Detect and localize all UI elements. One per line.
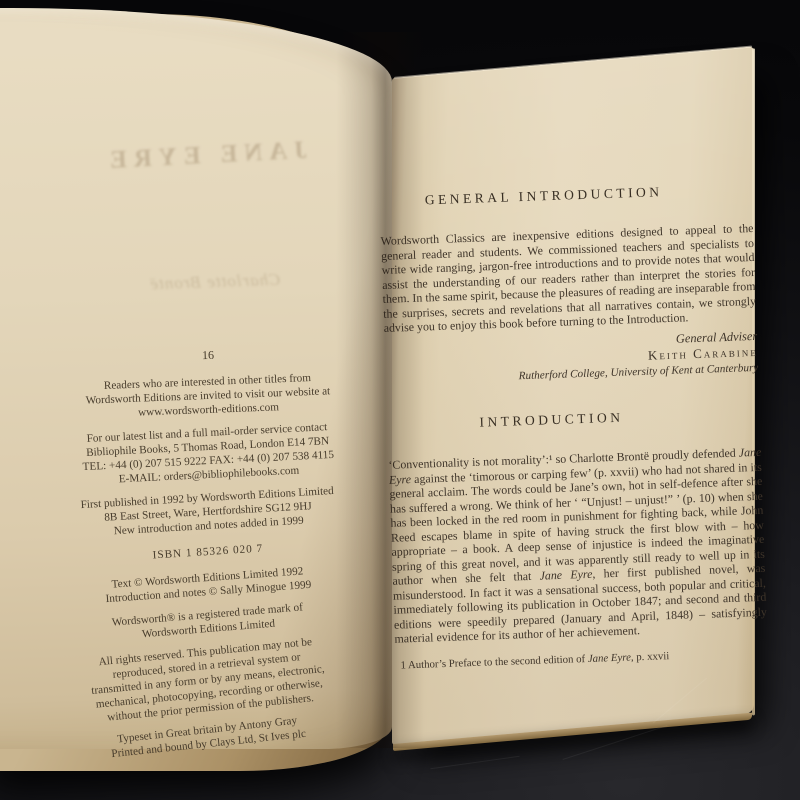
general-introduction-paragraph: Wordsworth Classics are inexpensive edit… xyxy=(380,221,756,336)
introduction-heading: INTRODUCTION xyxy=(365,406,738,435)
mail-order-contact: For our latest list and a full mail-orde… xyxy=(27,418,389,491)
introduction-paragraph: ‘Conventionality is not morality’:¹ so C… xyxy=(388,445,767,647)
first-published-note: First published in 1992 by Wordsworth Ed… xyxy=(27,482,389,544)
left-page-text-column: 16 Readers who are interested in other t… xyxy=(28,348,388,751)
general-adviser-block: General Adviser Keith Carabine Rutherfor… xyxy=(384,328,758,389)
readers-website-note: Readers who are interested in other titl… xyxy=(27,369,388,424)
background-scratch xyxy=(430,756,519,770)
right-page-text-column: GENERAL INTRODUCTION Wordsworth Classics… xyxy=(379,181,768,672)
book-photo-background: JANE EYRE Charlotte Brontë 16 Readers wh… xyxy=(0,0,800,800)
